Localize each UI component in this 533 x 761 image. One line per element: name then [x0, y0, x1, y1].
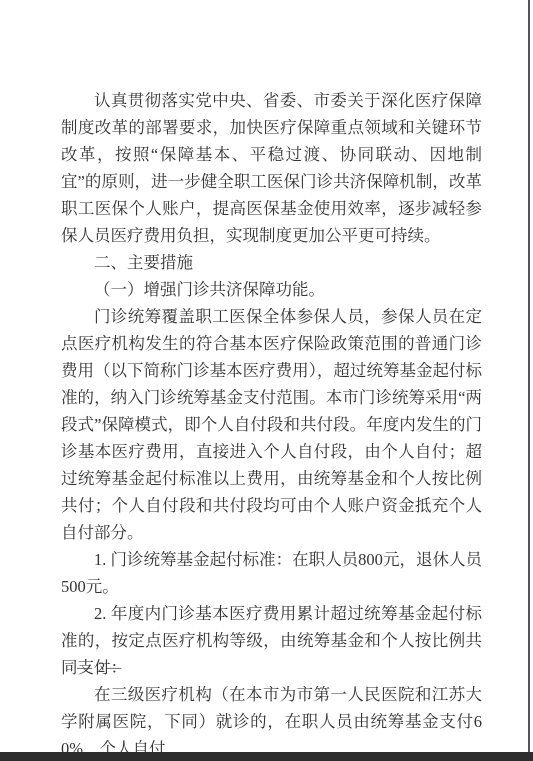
document-viewer: 认真贯彻落实党中央、省委、市委关于深化医疗保障制度改革的部署要求，加快医疗保障重…	[0, 0, 533, 761]
page-bottom-gap	[0, 752, 533, 761]
page-number: — 2—	[77, 658, 122, 678]
section-heading-main-measures: 二、主要措施	[61, 249, 482, 276]
body-paragraph-deductible-standard: 1. 门诊统筹基金起付标准：在职人员800元，退休人员500元。	[61, 546, 482, 600]
body-paragraph-intro: 认真贯彻落实党中央、省委、市委关于深化医疗保障制度改革的部署要求，加快医疗保障重…	[61, 87, 482, 249]
body-paragraph-tier3-hospitals: 在三级医疗机构（在本市为市第一人民医院和江苏大学附属医院，下同）就诊的，在职人员…	[61, 681, 482, 761]
document-body: 认真贯彻落实党中央、省委、市委关于深化医疗保障制度改革的部署要求，加快医疗保障重…	[61, 87, 482, 761]
body-paragraph-copay-rule: 2. 年度内门诊基本医疗费用累计超过统筹基金起付标准的，按定点医疗机构等级，由统…	[61, 600, 482, 681]
body-paragraph-coverage: 门诊统筹覆盖职工医保全体参保人员，参保人员在定点医疗机构发生的符合基本医疗保险政…	[61, 303, 482, 546]
page-right-edge	[528, 0, 530, 752]
subsection-heading-outpatient-mutual-aid: （一）增强门诊共济保障功能。	[61, 276, 482, 303]
